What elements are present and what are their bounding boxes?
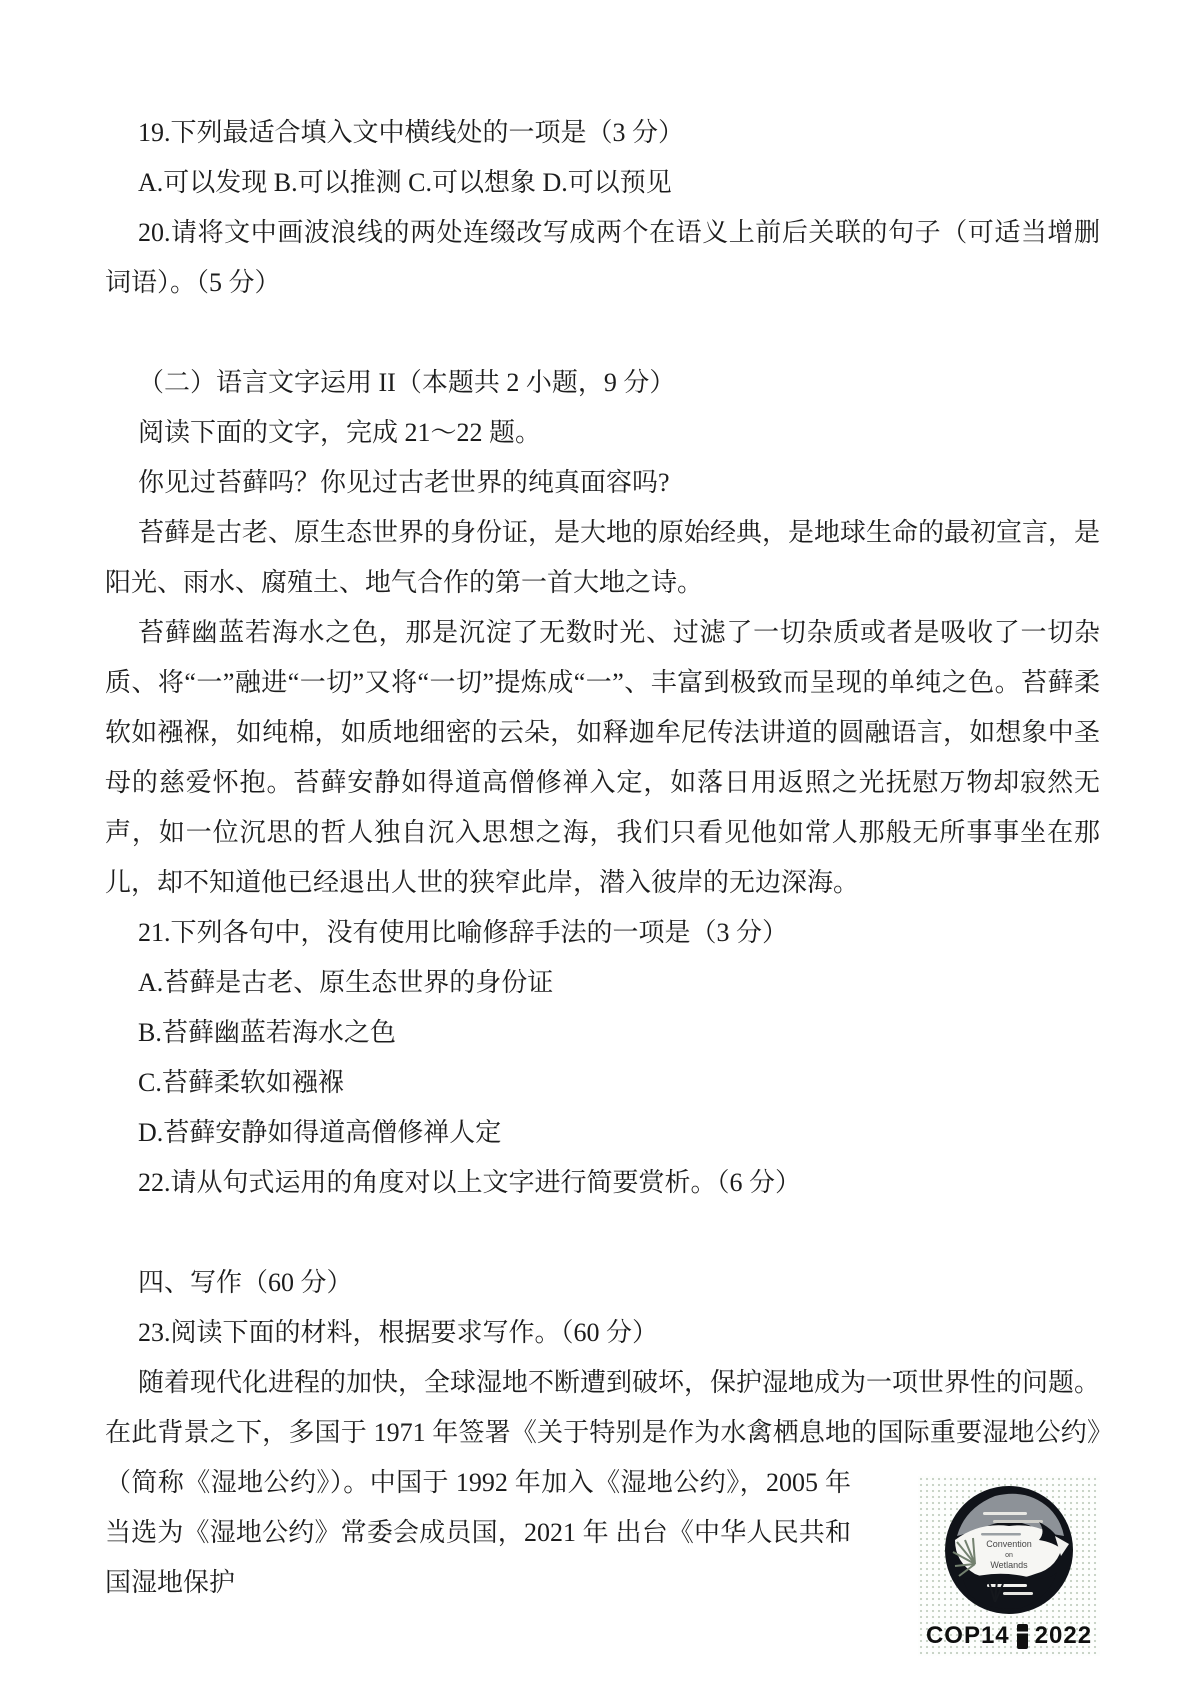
- question-19: 19.下列最适合填入文中横线处的一项是（3 分）: [105, 108, 1100, 158]
- question-22: 22.请从句式运用的角度对以上文字进行简要赏析。（6 分）: [105, 1158, 1100, 1208]
- cop14-caption-right: 2022: [1035, 1622, 1092, 1650]
- seal-mark-icon: [1017, 1624, 1028, 1649]
- wetlands-globe-icon: ConventiononWetlands: [943, 1484, 1075, 1616]
- question-21: 21.下列各句中，没有使用比喻修辞手法的一项是（3 分）: [105, 908, 1100, 958]
- question-21-option-a: A.苔藓是古老、原生态世界的身份证: [105, 958, 1100, 1008]
- page-content: 19.下列最适合填入文中横线处的一项是（3 分） A.可以发现 B.可以推测 C…: [105, 108, 1100, 1656]
- essay-material: 随着现代化进程的加快，全球湿地不断遭到破坏，保护湿地成为一项世界性的问题。在此背…: [105, 1358, 1100, 1608]
- question-21-option-b: B.苔藓幽蓝若海水之色: [105, 1008, 1100, 1058]
- passage-paragraph-3: 苔藓幽蓝若海水之色，那是沉淀了无数时光、过滤了一切杂质或者是吸收了一切杂质、将“…: [105, 608, 1100, 908]
- exam-page: 19.下列最适合填入文中横线处的一项是（3 分） A.可以发现 B.可以推测 C…: [0, 0, 1200, 1699]
- logo-text-line1: Convention: [986, 1539, 1032, 1549]
- question-21-option-d: D.苔藓安静如得道高僧修禅人定: [105, 1108, 1100, 1158]
- section-4-heading: 四、写作（60 分）: [105, 1258, 1100, 1308]
- logo-text-line3: Wetlands: [990, 1560, 1028, 1570]
- cop14-caption-left: COP14: [926, 1622, 1010, 1650]
- wetlands-logo-patch: ConventiononWetlandsCOP142022: [918, 1476, 1100, 1656]
- cop14-logo-block: ConventiononWetlandsCOP142022: [865, 1476, 1100, 1656]
- question-20: 20.请将文中画波浪线的两处连缀改写成两个在语义上前后关联的句子（可适当增删词语…: [105, 208, 1100, 308]
- passage-paragraph-2: 苔藓是古老、原生态世界的身份证，是大地的原始经典，是地球生命的最初宣言，是阳光、…: [105, 508, 1100, 608]
- cop14-caption: COP142022: [926, 1622, 1092, 1650]
- question-23: 23.阅读下面的材料，根据要求写作。（60 分）: [105, 1308, 1100, 1358]
- logo-text-line2: on: [1005, 1552, 1013, 1559]
- question-19-options: A.可以发现 B.可以推测 C.可以想象 D.可以预见: [105, 158, 1100, 208]
- section-2-heading: （二）语言文字运用 II（本题共 2 小题，9 分）: [105, 358, 1100, 408]
- section-2-intro: 阅读下面的文字，完成 21～22 题。: [105, 408, 1100, 458]
- passage-paragraph-1: 你见过苔藓吗？你见过古老世界的纯真面容吗?: [105, 458, 1100, 508]
- question-21-option-c: C.苔藓柔软如襁褓: [105, 1058, 1100, 1108]
